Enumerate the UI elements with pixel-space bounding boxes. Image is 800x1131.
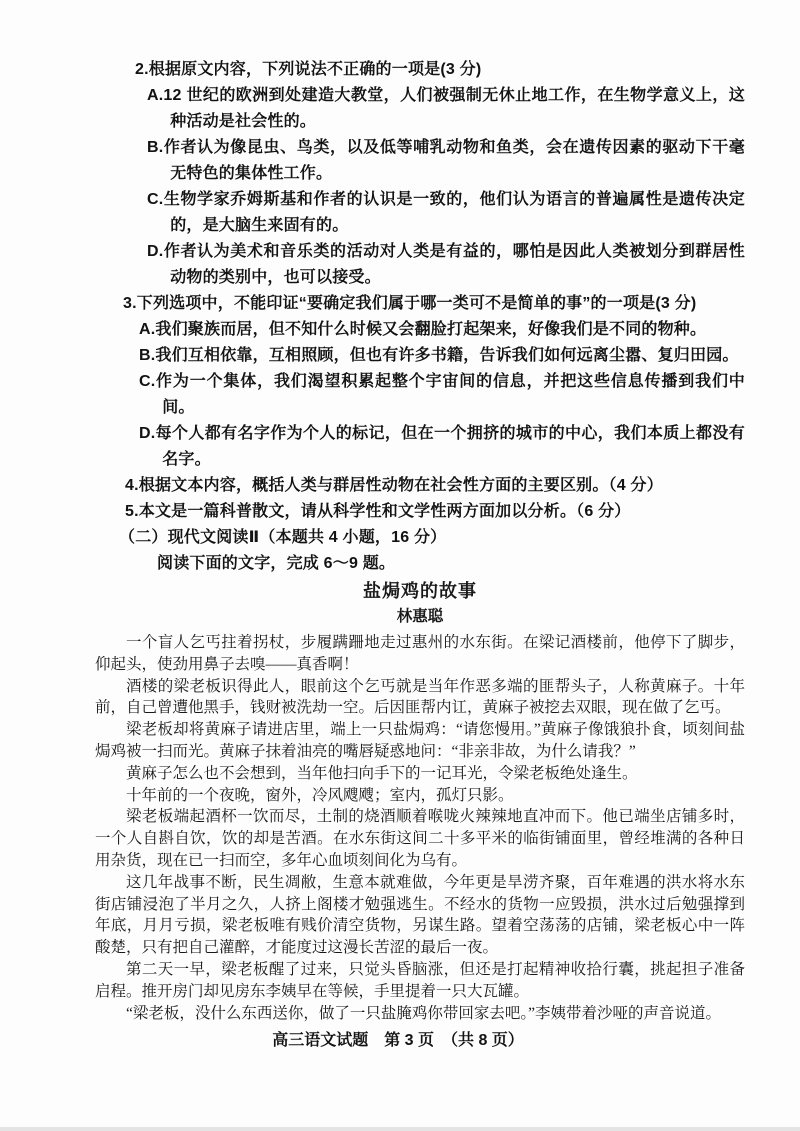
story-section: 盐焗鸡的故事 林惠聪 一个盲人乞丐拄着拐杖，步履蹒跚地走过惠州的水东街。在梁记酒… xyxy=(95,578,745,1024)
question-3-number: 3. xyxy=(123,295,137,312)
question-2-option-d: D.作者认为美术和音乐类的活动对人类是有益的，哪怕是因此人类被划分到群居性动物的… xyxy=(147,239,745,291)
option-label: B. xyxy=(147,139,163,156)
page-content: 2.根据原文内容，下列说法不正确的一项是(3 分) A.12 世纪的欧洲到处建造… xyxy=(95,57,745,1053)
question-2-option-b: B.作者认为像昆虫、鸟类，以及低等哺乳动物和鱼类，会在遗传因素的驱动下干毫无特色… xyxy=(147,135,745,187)
story-paragraph: “梁老板，没什么东西送你，做了一只盐腌鸡你带回家去吧。”李姨带着沙哑的声音说道。 xyxy=(95,1003,745,1025)
story-title: 盐焗鸡的故事 xyxy=(95,578,745,605)
option-label: D. xyxy=(147,243,163,260)
story-paragraph: 黄麻子怎么也不会想到，当年他扫向手下的一记耳光，令梁老板绝处逢生。 xyxy=(95,763,745,785)
story-paragraph: 梁老板却将黄麻子请进店里，端上一只盐焗鸡：“请您慢用。”黄麻子像饿狼扑食，顷刻间… xyxy=(95,719,745,763)
option-label: A. xyxy=(139,321,155,338)
option-text: 每个人都有名字作为个人的标记，但在一个拥挤的城市的中心，我们本质上都没有名字。 xyxy=(155,425,745,468)
question-2-text: 根据原文内容，下列说法不正确的一项是(3 分) xyxy=(149,61,482,78)
option-label: D. xyxy=(139,425,155,442)
option-text: 作者认为美术和音乐类的活动对人类是有益的，哪怕是因此人类被划分到群居性动物的类别… xyxy=(163,243,745,286)
question-3-text: 下列选项中，不能印证“要确定我们属于哪一类可不是简单的事”的一项是(3 分) xyxy=(137,295,697,312)
question-3-option-b: B.我们互相依靠，互相照顾，但也有许多书籍，告诉我们如何远离尘嚣、复归田园。 xyxy=(139,343,745,369)
question-2-option-c: C.生物学家乔姆斯基和作者的认识是一致的，他们认为语言的普遍属性是遗传决定的，是… xyxy=(147,187,745,239)
story-paragraph: 梁老板端起酒杯一饮而尽，土制的烧酒顺着喉咙火辣辣地直冲而下。他已端坐店铺多时，一… xyxy=(95,806,745,871)
scanned-exam-page: 2.根据原文内容，下列说法不正确的一项是(3 分) A.12 世纪的欧洲到处建造… xyxy=(0,0,800,1131)
question-4: 4.根据文本内容，概括人类与群居性动物在社会性方面的主要区别。（4 分） xyxy=(125,473,745,499)
question-4-number: 4. xyxy=(125,477,139,494)
question-3-option-d: D.每个人都有名字作为个人的标记，但在一个拥挤的城市的中心，我们本质上都没有名字… xyxy=(139,421,745,473)
question-5-number: 5. xyxy=(125,503,139,520)
option-label: A. xyxy=(147,87,163,104)
story-paragraph: 一个盲人乞丐拄着拐杖，步履蹒跚地走过惠州的水东街。在梁记酒楼前，他停下了脚步，仰… xyxy=(95,632,745,676)
option-label: C. xyxy=(147,191,163,208)
option-text: 生物学家乔姆斯基和作者的认识是一致的，他们认为语言的普遍属性是遗传决定的，是大脑… xyxy=(163,191,745,234)
question-3-stem: 3.下列选项中，不能印证“要确定我们属于哪一类可不是简单的事”的一项是(3 分) xyxy=(123,291,745,317)
question-3-option-a: A.我们聚族而居，但不知什么时候又会翻脸打起架来，好像我们是不同的物种。 xyxy=(139,317,745,343)
option-text: 作者认为像昆虫、鸟类，以及低等哺乳动物和鱼类，会在遗传因素的驱动下干毫无特色的集… xyxy=(163,139,745,182)
page-footer: 高三语文试题 第 3 页 （共 8 页） xyxy=(73,1029,723,1053)
question-2-option-a: A.12 世纪的欧洲到处建造大教堂，人们被强制无休止地工作，在生物学意义上，这种… xyxy=(147,83,745,135)
reading-instruction: 阅读下面的文字，完成 6～9 题。 xyxy=(157,551,745,577)
story-author: 林惠聪 xyxy=(95,605,745,629)
question-4-text: 根据文本内容，概括人类与群居性动物在社会性方面的主要区别。（4 分） xyxy=(139,477,663,494)
option-text: 作为一个集体，我们渴望积累起整个宇宙间的信息，并把这些信息传播到我们中间。 xyxy=(155,373,745,416)
story-paragraph: 这几年战事不断，民生凋敝，生意本就难做，今年更是旱涝齐聚，百年难遇的洪水将水东街… xyxy=(95,872,745,959)
option-text: 我们互相依靠，互相照顾，但也有许多书籍，告诉我们如何远离尘嚣、复归田园。 xyxy=(155,347,738,364)
option-label: B. xyxy=(139,347,155,364)
story-paragraph: 十年前的一个夜晚，窗外，冷风飕飕；室内，孤灯只影。 xyxy=(95,785,745,807)
question-5: 5.本文是一篇科普散文，请从科学性和文学性两方面加以分析。（6 分） xyxy=(125,499,745,525)
story-paragraph: 第二天一早，梁老板醒了过来，只觉头昏脑涨，但还是打起精神收拾行囊，挑起担子准备启… xyxy=(95,959,745,1003)
question-2-stem: 2.根据原文内容，下列说法不正确的一项是(3 分) xyxy=(135,57,745,83)
option-text: 我们聚族而居，但不知什么时候又会翻脸打起架来，好像我们是不同的物种。 xyxy=(155,321,706,338)
option-text: 12 世纪的欧洲到处建造大教堂，人们被强制无休止地工作，在生物学意义上，这种活动… xyxy=(163,87,745,130)
story-paragraph: 酒楼的梁老板识得此人，眼前这个乞丐就是当年作恶多端的匪帮头子，人称黄麻子。十年前… xyxy=(95,676,745,720)
option-label: C. xyxy=(139,373,155,390)
question-3-option-c: C.作为一个集体，我们渴望积累起整个宇宙间的信息，并把这些信息传播到我们中间。 xyxy=(139,369,745,421)
scan-edge xyxy=(0,1127,800,1131)
question-5-text: 本文是一篇科普散文，请从科学性和文学性两方面加以分析。（6 分） xyxy=(139,503,631,520)
section-2-heading: （二）现代文阅读Ⅱ（本题共 4 小题，16 分） xyxy=(119,525,745,551)
questions-section: 2.根据原文内容，下列说法不正确的一项是(3 分) A.12 世纪的欧洲到处建造… xyxy=(95,57,745,577)
question-2-number: 2. xyxy=(135,61,149,78)
